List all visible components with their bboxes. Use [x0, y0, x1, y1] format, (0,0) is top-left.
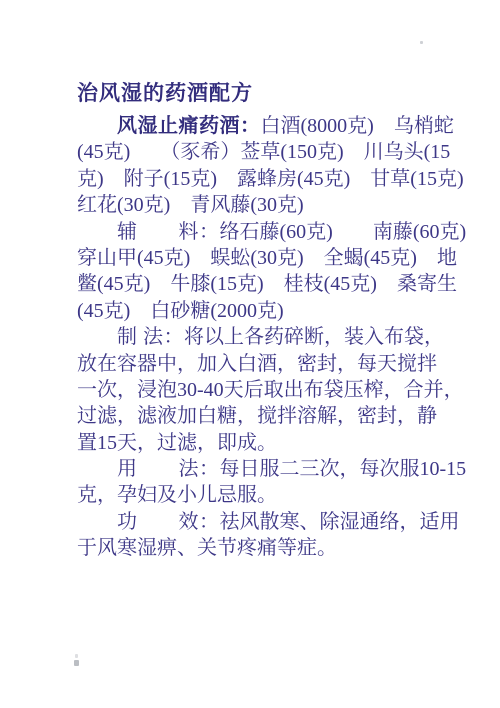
text-line: (45克) （豕希）莶草(150克) 川乌头(15: [77, 139, 477, 165]
text-line: 过滤，滤液加白糖，搅拌溶解，密封，静: [77, 403, 477, 429]
paragraph-effect: 功 效：祛风散寒、除湿通络，适用 于风寒湿痹、关节疼痛等症。: [77, 509, 477, 562]
scan-artifact-smudge: [74, 654, 80, 667]
paragraph-auxiliary: 辅 料：络石藤(60克) 南藤(60克) 穿山甲(45克) 蜈蚣(30克) 全蝎…: [77, 219, 477, 325]
document-page: 治风湿的药酒配方 风湿止痛药酒：白酒(8000克) 乌梢蛇 (45克) （豕希）…: [0, 0, 500, 708]
text-line: 红花(30克) 青风藤(30克): [77, 192, 477, 218]
text-line: 克，孕妇及小儿忌服。: [77, 482, 477, 508]
text-line: (45克) 白砂糖(2000克): [77, 298, 477, 324]
text-line: 于风寒湿痹、关节疼痛等症。: [77, 535, 477, 561]
text-run: 每日服二三次，每次服10-15: [220, 458, 467, 480]
paragraph-label: 风湿止痛药酒：: [117, 115, 261, 137]
text-run: 络石藤(60克) 南藤(60克): [220, 221, 467, 243]
paragraph-label: 制 法：: [117, 326, 184, 348]
paragraph-label: 功 效：: [117, 511, 220, 533]
document-body: 风湿止痛药酒：白酒(8000克) 乌梢蛇 (45克) （豕希）莶草(150克) …: [77, 113, 477, 562]
text-line: 置15天，过滤，即成。: [77, 430, 477, 456]
smudge-lower-dot: [74, 660, 79, 666]
text-line: 制 法：将以上各药碎断，装入布袋，: [77, 324, 477, 350]
text-line: 用 法：每日服二三次，每次服10-15: [77, 456, 477, 482]
paragraph-label: 辅 料：: [117, 221, 220, 243]
paragraph-usage: 用 法：每日服二三次，每次服10-15 克，孕妇及小儿忌服。: [77, 456, 477, 509]
paragraph-ingredients: 风湿止痛药酒：白酒(8000克) 乌梢蛇 (45克) （豕希）莶草(150克) …: [77, 113, 477, 219]
paragraph-label: 用 法：: [117, 458, 220, 480]
paragraph-preparation: 制 法：将以上各药碎断，装入布袋， 放在容器中，加入白酒，密封，每天搅拌 一次，…: [77, 324, 477, 456]
scan-artifact-dot: [420, 41, 423, 44]
text-run: 白酒(8000克) 乌梢蛇: [261, 115, 454, 137]
text-line: 辅 料：络石藤(60克) 南藤(60克): [77, 219, 477, 245]
text-line: 功 效：祛风散寒、除湿通络，适用: [77, 509, 477, 535]
text-line: 鳖(45克) 牛膝(15克) 桂枝(45克) 桑寄生: [77, 271, 477, 297]
document-title: 治风湿的药酒配方: [77, 80, 253, 106]
text-run: 祛风散寒、除湿通络，适用: [220, 511, 460, 533]
text-line: 克) 附子(15克) 露蜂房(45克) 甘草(15克): [77, 166, 477, 192]
text-line: 风湿止痛药酒：白酒(8000克) 乌梢蛇: [77, 113, 477, 139]
smudge-upper-dot: [75, 654, 78, 658]
text-line: 放在容器中，加入白酒，密封，每天搅拌: [77, 351, 477, 377]
text-line: 穿山甲(45克) 蜈蚣(30克) 全蝎(45克) 地: [77, 245, 477, 271]
text-line: 一次，浸泡30-40天后取出布袋压榨，合并，: [77, 377, 477, 403]
text-run: 将以上各药碎断，装入布袋，: [184, 326, 444, 348]
